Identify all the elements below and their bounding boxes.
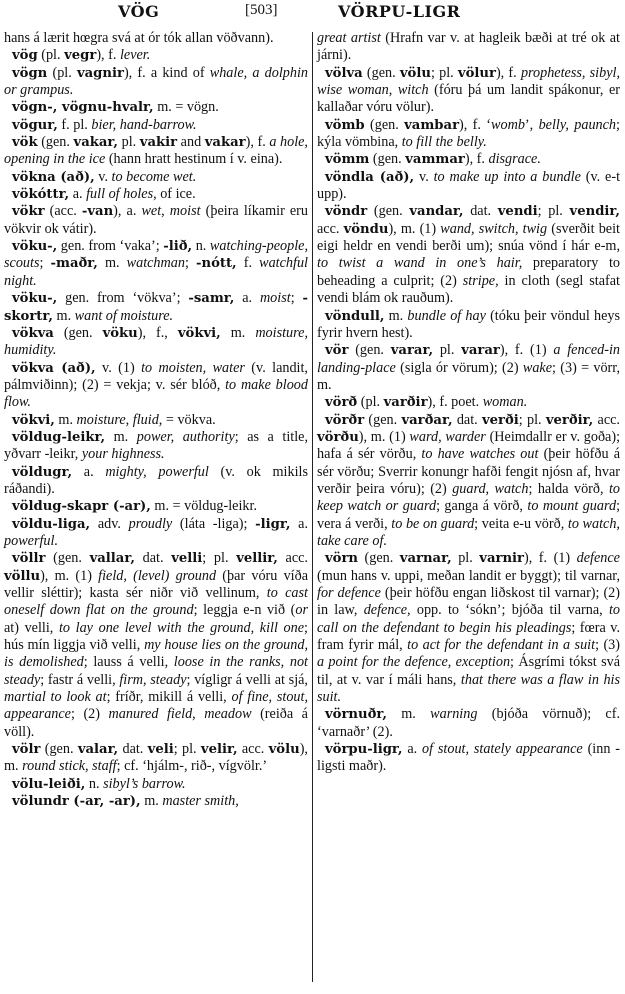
- dictionary-entry: vömm (gen. vammar), f. disgrace.: [317, 151, 620, 168]
- dictionary-entry: vörð (pl. varðir), f. poet. woman.: [317, 394, 620, 411]
- continued-entry-text: great artist (Hrafn var v. at hagleik bæ…: [317, 30, 620, 65]
- dictionary-entry: vökva (gen. vöku), f., vökvi, m. moistur…: [4, 325, 308, 360]
- dictionary-entry: vörpu-ligr, a. of stout, stately appeara…: [317, 741, 620, 776]
- dictionary-entry: vöku-, gen. from ‘vökva’; -samr, a. mois…: [4, 290, 308, 325]
- dictionary-entry: völdugr, a. mighty, powerful (v. ok miki…: [4, 464, 308, 499]
- dictionary-entry: vörn (gen. varnar, pl. varnir), f. (1) d…: [317, 550, 620, 706]
- dictionary-entry: vög (pl. vegr), f. lever.: [4, 47, 308, 64]
- left-guide-word: VÖG: [118, 2, 159, 21]
- dictionary-entry: vöndla (að), v. to make up into a bundle…: [317, 169, 620, 204]
- dictionary-entry: vöku-, gen. from ‘vaka’; -lið, n. watchi…: [4, 238, 308, 290]
- dictionary-entry: vök (gen. vakar, pl. vakir and vakar), f…: [4, 134, 308, 169]
- dictionary-entry: völlr (gen. vallar, dat. velli; pl. vell…: [4, 550, 308, 741]
- dictionary-entry: vögn (pl. vagnir), f. a kind of whale, a…: [4, 65, 308, 100]
- right-column: great artist (Hrafn var v. at hagleik bæ…: [317, 30, 620, 776]
- dictionary-page: VÖG [503] VÖRPU-LIGR hans á lærit hœgra …: [0, 0, 625, 994]
- continued-entry-text: hans á lærit hœgra svá at ór tók allan v…: [4, 30, 308, 47]
- dictionary-entry: vökva (að), v. (1) to moisten, water (v.…: [4, 360, 308, 412]
- dictionary-entry: vömb (gen. vambar), f. ‘womb’, belly, pa…: [317, 117, 620, 152]
- dictionary-entry: völva (gen. völu; pl. völur), f. prophet…: [317, 65, 620, 117]
- dictionary-entry: vör (gen. varar, pl. varar), f. (1) a fe…: [317, 342, 620, 394]
- dictionary-entry: völdu-liga, adv. proudly (láta -liga); -…: [4, 516, 308, 551]
- dictionary-entry: völdug-leikr, m. power, authority; as a …: [4, 429, 308, 464]
- dictionary-entry: vökóttr, a. full of holes, of ice.: [4, 186, 308, 203]
- dictionary-entry: völundr (-ar, -ar), m. master smith,: [4, 793, 308, 810]
- left-column: hans á lærit hœgra svá at ór tók allan v…: [4, 30, 308, 810]
- column-divider: [312, 32, 313, 982]
- dictionary-entry: vörðr (gen. varðar, dat. verði; pl. verð…: [317, 412, 620, 551]
- dictionary-entry: völdug-skapr (-ar), m. = völdug-leikr.: [4, 498, 308, 515]
- dictionary-entry: vögur, f. pl. bier, hand-barrow.: [4, 117, 308, 134]
- dictionary-entry: vökna (að), v. to become wet.: [4, 169, 308, 186]
- page-number: [503]: [245, 2, 278, 19]
- dictionary-entry: vökr (acc. -van), a. wet, moist (þeira l…: [4, 203, 308, 238]
- dictionary-entry: vögn-, vögnu-hvalr, m. = vögn.: [4, 99, 308, 116]
- dictionary-entry: vöndull, m. bundle of hay (tóku þeir vön…: [317, 308, 620, 343]
- page-header: VÖG [503] VÖRPU-LIGR: [0, 0, 625, 24]
- dictionary-entry: völu-leiði, n. sibyl’s barrow.: [4, 776, 308, 793]
- dictionary-entry: völr (gen. valar, dat. veli; pl. velir, …: [4, 741, 308, 776]
- dictionary-entry: vörnuðr, m. warning (bjóða vörnuð); cf. …: [317, 706, 620, 741]
- dictionary-entry: vöndr (gen. vandar, dat. vendi; pl. vend…: [317, 203, 620, 307]
- right-guide-word: VÖRPU-LIGR: [338, 2, 460, 21]
- dictionary-entry: vökvi, m. moisture, fluid, = vökva.: [4, 412, 308, 429]
